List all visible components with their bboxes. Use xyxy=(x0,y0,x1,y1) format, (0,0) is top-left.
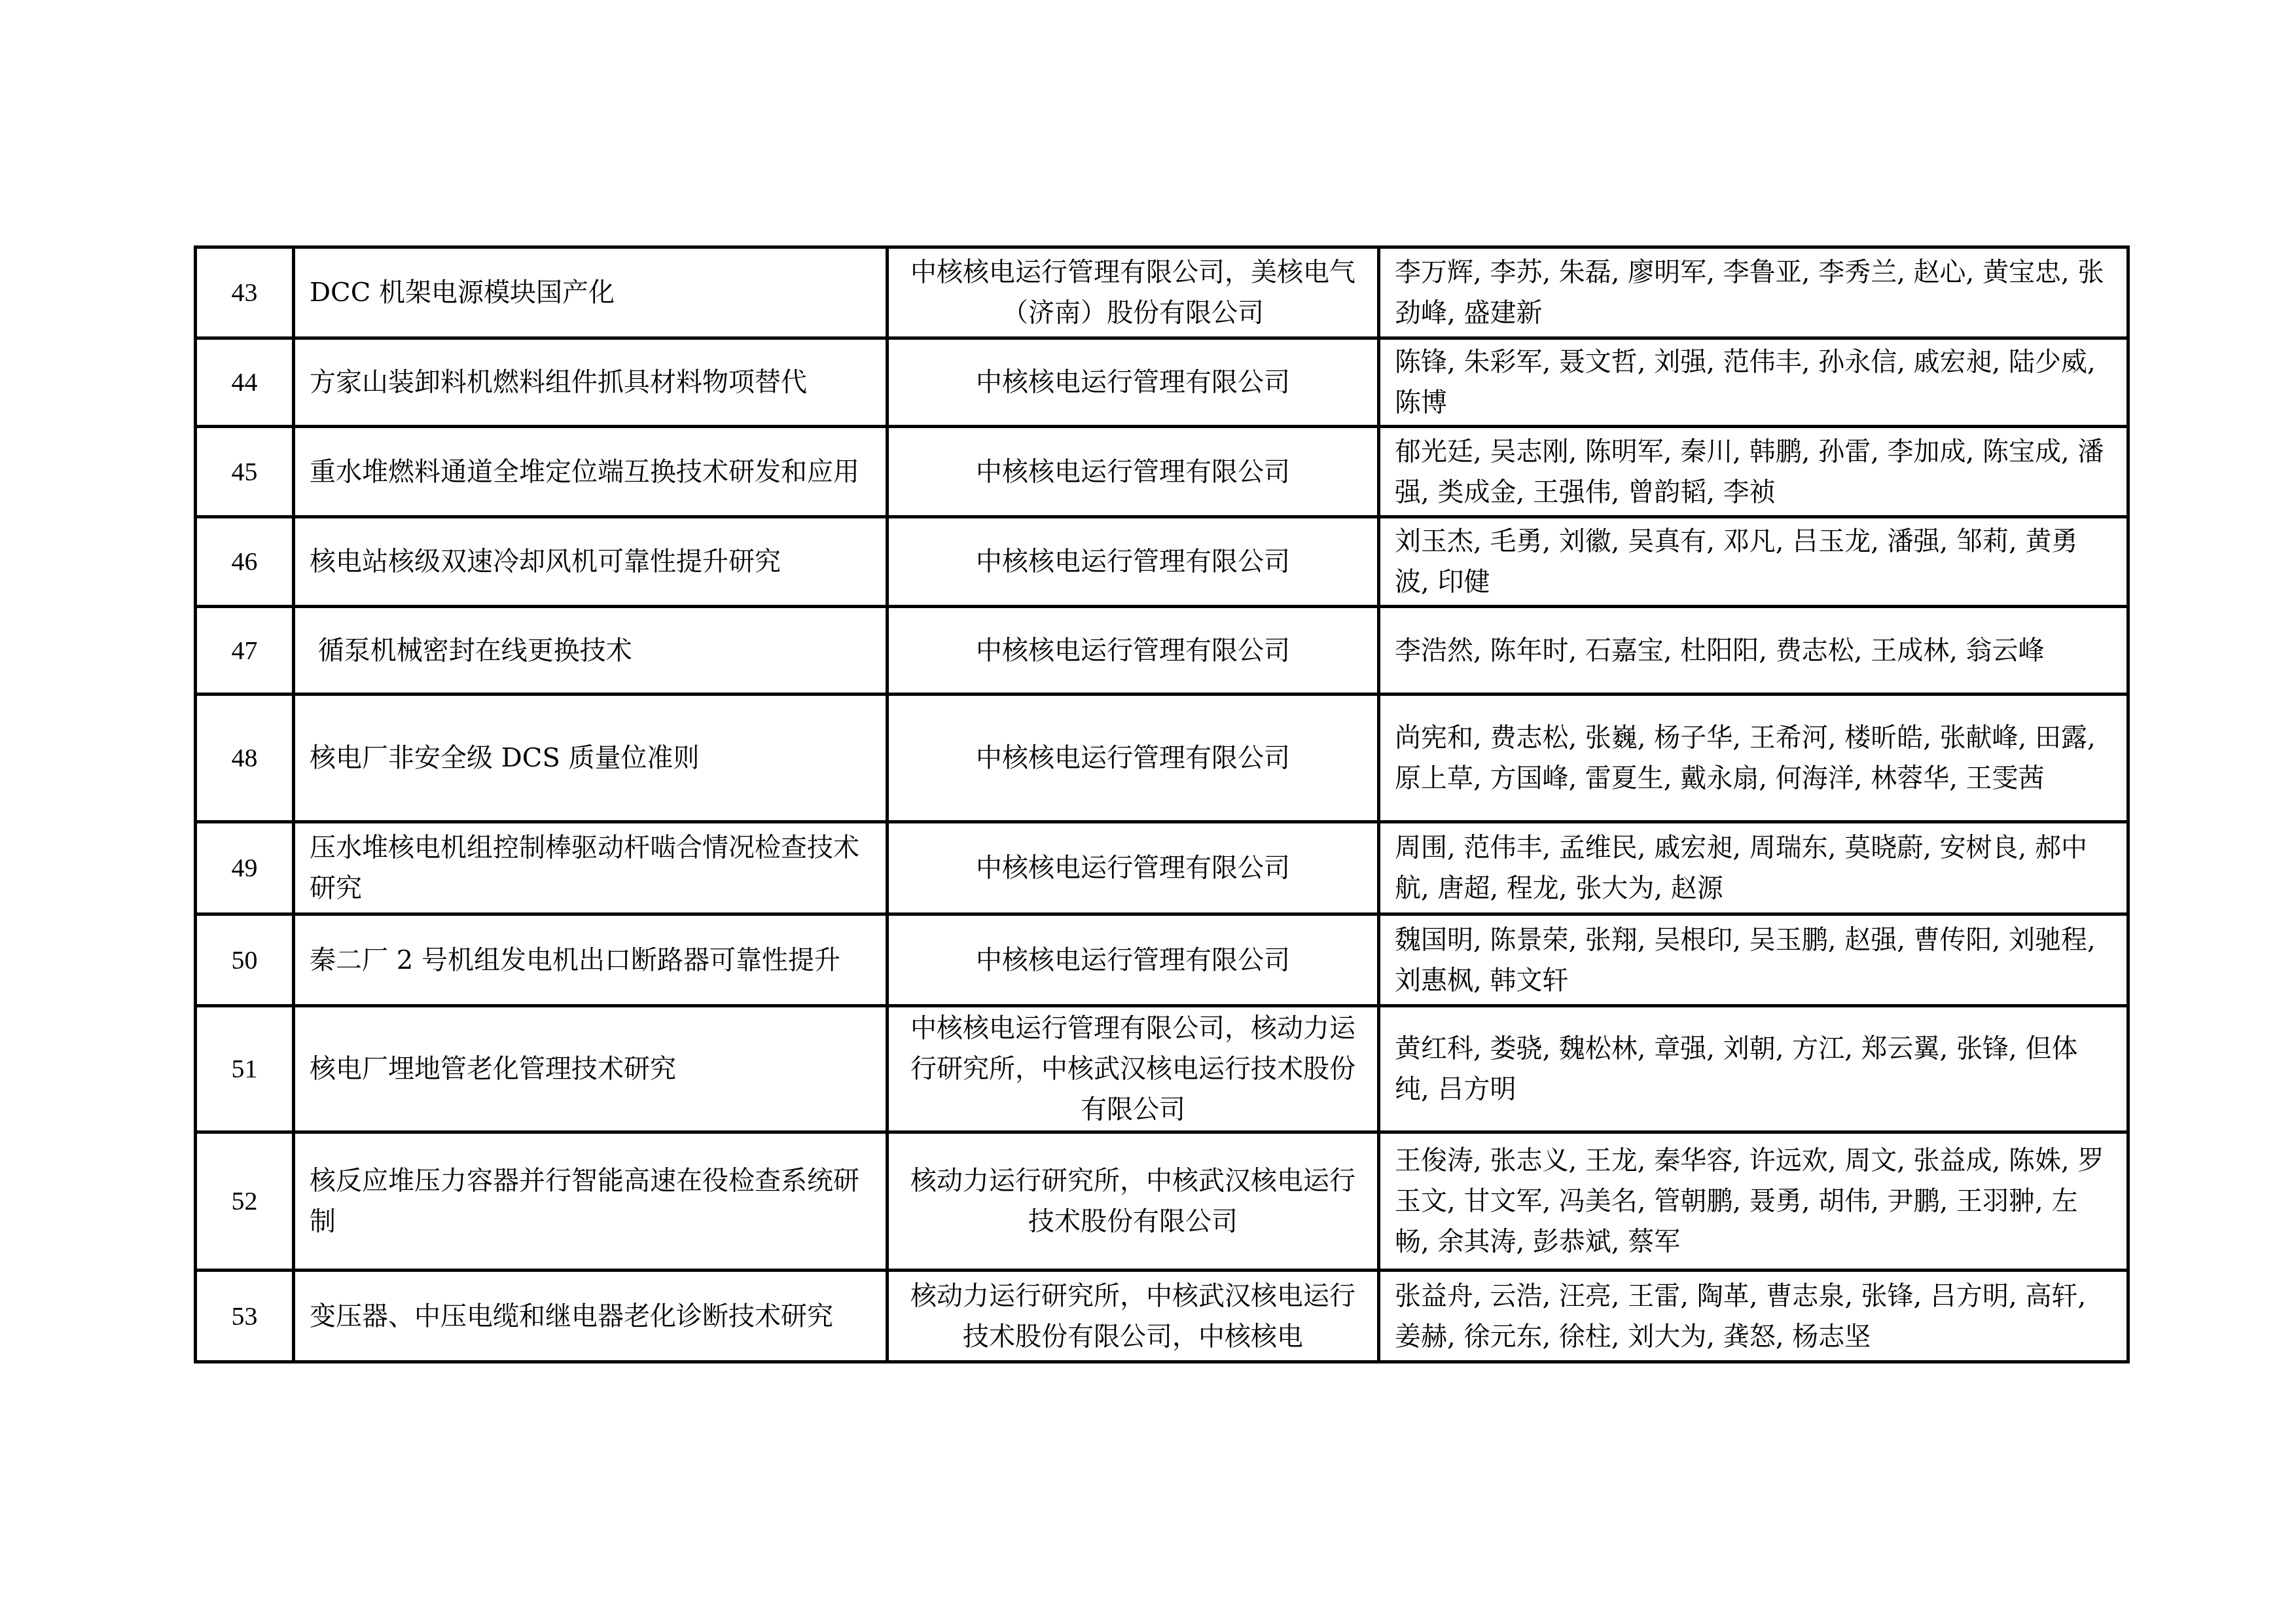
table-row: 53 变压器、中压电缆和继电器老化诊断技术研究 核动力运行研究所，中核武汉核电运… xyxy=(196,1271,2128,1362)
organization: 中核核电运行管理有限公司 xyxy=(888,695,1379,822)
document-page: 43 DCC 机架电源模块国产化 中核核电运行管理有限公司，美核电气（济南）股份… xyxy=(0,0,2296,1624)
project-title: 核反应堆压力容器并行智能高速在役检查系统研制 xyxy=(294,1132,888,1271)
awards-table: 43 DCC 机架电源模块国产化 中核核电运行管理有限公司，美核电气（济南）股份… xyxy=(194,245,2130,1363)
contributors: 李万辉, 李苏, 朱磊, 廖明军, 李鲁亚, 李秀兰, 赵心, 黄宝忠, 张劲峰… xyxy=(1379,247,2128,338)
organization: 核动力运行研究所，中核武汉核电运行技术股份有限公司 xyxy=(888,1132,1379,1271)
table-row: 48 核电厂非安全级 DCS 质量位准则 中核核电运行管理有限公司 尚宪和, 费… xyxy=(196,695,2128,822)
row-number: 53 xyxy=(196,1271,294,1362)
table-row: 47 循泵机械密封在线更换技术 中核核电运行管理有限公司 李浩然, 陈年时, 石… xyxy=(196,607,2128,695)
table-row: 49 压水堆核电机组控制棒驱动杆啮合情况检查技术研究 中核核电运行管理有限公司 … xyxy=(196,822,2128,914)
project-title: 变压器、中压电缆和继电器老化诊断技术研究 xyxy=(294,1271,888,1362)
organization: 中核核电运行管理有限公司 xyxy=(888,914,1379,1006)
row-number: 49 xyxy=(196,822,294,914)
row-number: 48 xyxy=(196,695,294,822)
table-row: 44 方家山装卸料机燃料组件抓具材料物项替代 中核核电运行管理有限公司 陈锋, … xyxy=(196,338,2128,427)
organization: 中核核电运行管理有限公司 xyxy=(888,338,1379,427)
table-row: 50 秦二厂 2 号机组发电机出口断路器可靠性提升 中核核电运行管理有限公司 魏… xyxy=(196,914,2128,1006)
contributors: 张益舟, 云浩, 汪亮, 王雷, 陶革, 曹志泉, 张锋, 吕方明, 高轩, 姜… xyxy=(1379,1271,2128,1362)
table-row: 45 重水堆燃料通道全堆定位端互换技术研发和应用 中核核电运行管理有限公司 郁光… xyxy=(196,427,2128,517)
row-number: 46 xyxy=(196,517,294,607)
row-number: 51 xyxy=(196,1006,294,1132)
table-row: 51 核电厂埋地管老化管理技术研究 中核核电运行管理有限公司，核动力运行研究所，… xyxy=(196,1006,2128,1132)
project-title: 重水堆燃料通道全堆定位端互换技术研发和应用 xyxy=(294,427,888,517)
contributors: 黄红科, 娄骁, 魏松林, 章强, 刘朝, 方江, 郑云翼, 张锋, 但体纯, … xyxy=(1379,1006,2128,1132)
project-title: 压水堆核电机组控制棒驱动杆啮合情况检查技术研究 xyxy=(294,822,888,914)
row-number: 50 xyxy=(196,914,294,1006)
row-number: 52 xyxy=(196,1132,294,1271)
organization: 中核核电运行管理有限公司 xyxy=(888,427,1379,517)
organization: 中核核电运行管理有限公司，美核电气（济南）股份有限公司 xyxy=(888,247,1379,338)
row-number: 47 xyxy=(196,607,294,695)
contributors: 陈锋, 朱彩军, 聂文哲, 刘强, 范伟丰, 孙永信, 戚宏昶, 陆少威, 陈博 xyxy=(1379,338,2128,427)
project-title: 核电站核级双速冷却风机可靠性提升研究 xyxy=(294,517,888,607)
contributors: 李浩然, 陈年时, 石嘉宝, 杜阳阳, 费志松, 王成林, 翁云峰 xyxy=(1379,607,2128,695)
contributors: 周围, 范伟丰, 孟维民, 戚宏昶, 周瑞东, 莫晓蔚, 安树良, 郝中航, 唐… xyxy=(1379,822,2128,914)
contributors: 王俊涛, 张志义, 王龙, 秦华容, 许远欢, 周文, 张益成, 陈姝, 罗玉文… xyxy=(1379,1132,2128,1271)
row-number: 44 xyxy=(196,338,294,427)
table-row: 52 核反应堆压力容器并行智能高速在役检查系统研制 核动力运行研究所，中核武汉核… xyxy=(196,1132,2128,1271)
project-title: 核电厂埋地管老化管理技术研究 xyxy=(294,1006,888,1132)
organization: 中核核电运行管理有限公司 xyxy=(888,822,1379,914)
contributors: 魏国明, 陈景荣, 张翔, 吴根印, 吴玉鹏, 赵强, 曹传阳, 刘驰程, 刘惠… xyxy=(1379,914,2128,1006)
project-title: 秦二厂 2 号机组发电机出口断路器可靠性提升 xyxy=(294,914,888,1006)
table-row: 43 DCC 机架电源模块国产化 中核核电运行管理有限公司，美核电气（济南）股份… xyxy=(196,247,2128,338)
row-number: 45 xyxy=(196,427,294,517)
table-row: 46 核电站核级双速冷却风机可靠性提升研究 中核核电运行管理有限公司 刘玉杰, … xyxy=(196,517,2128,607)
contributors: 刘玉杰, 毛勇, 刘徽, 吴真有, 邓凡, 吕玉龙, 潘强, 邹莉, 黄勇波, … xyxy=(1379,517,2128,607)
contributors: 尚宪和, 费志松, 张巍, 杨子华, 王希河, 楼昕皓, 张献峰, 田露, 原上… xyxy=(1379,695,2128,822)
row-number: 43 xyxy=(196,247,294,338)
project-title: 循泵机械密封在线更换技术 xyxy=(294,607,888,695)
organization: 中核核电运行管理有限公司，核动力运行研究所，中核武汉核电运行技术股份有限公司 xyxy=(888,1006,1379,1132)
project-title: 核电厂非安全级 DCS 质量位准则 xyxy=(294,695,888,822)
organization: 中核核电运行管理有限公司 xyxy=(888,517,1379,607)
organization: 中核核电运行管理有限公司 xyxy=(888,607,1379,695)
project-title: 方家山装卸料机燃料组件抓具材料物项替代 xyxy=(294,338,888,427)
organization: 核动力运行研究所，中核武汉核电运行技术股份有限公司，中核核电 xyxy=(888,1271,1379,1362)
project-title: DCC 机架电源模块国产化 xyxy=(294,247,888,338)
awards-table-body: 43 DCC 机架电源模块国产化 中核核电运行管理有限公司，美核电气（济南）股份… xyxy=(196,247,2128,1362)
contributors: 郁光廷, 吴志刚, 陈明军, 秦川, 韩鹏, 孙雷, 李加成, 陈宝成, 潘强,… xyxy=(1379,427,2128,517)
